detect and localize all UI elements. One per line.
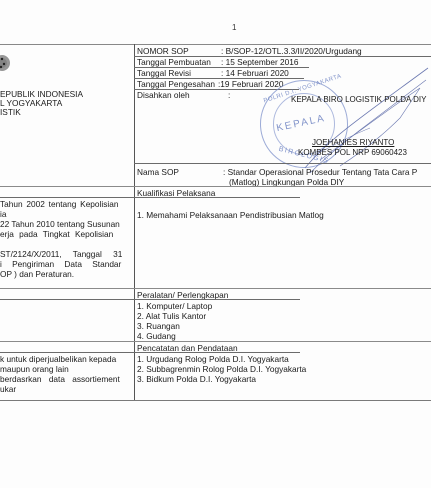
- approval-date-label: Tanggal Pengesahan: [137, 79, 215, 89]
- signer-name: JOEHANIES RIYANTO: [312, 138, 394, 148]
- approved-by-label: Disahkan oleh: [137, 90, 190, 100]
- page-number: 1: [232, 23, 236, 32]
- section-divider: [0, 186, 431, 187]
- legal-basis-line: ia: [0, 209, 6, 219]
- legal-basis-line: Tahun 2002 tentang Kepolisian: [0, 199, 132, 209]
- peralatan-item: 1. Komputer/ Laptop: [137, 301, 212, 311]
- peralatan-item: 2. Alat Tulis Kantor: [137, 311, 206, 321]
- peralatan-item: 3. Ruangan: [137, 321, 180, 331]
- legal-basis-line: i Pengiriman Data Standar: [0, 259, 121, 269]
- row-divider: [134, 163, 431, 164]
- approval-date-value: :19 Februari 2020: [218, 79, 284, 89]
- pencatatan-item: 3. Bidkum Polda D.I. Yogyakarta: [137, 374, 256, 384]
- legal-basis-line: erja pada Tingkat Kepolisian: [0, 229, 113, 239]
- legal-basis-line: ST/2124/X/2011, Tanggal 31: [0, 249, 122, 259]
- org-line-3: ISTIK: [0, 107, 21, 117]
- pencatatan-item: 2. Subbagrenmin Rolog Polda D.I. Yogyaka…: [137, 364, 306, 374]
- section-divider: [0, 341, 431, 342]
- table-bottom-border: [0, 400, 431, 401]
- table-top-border: [0, 44, 431, 45]
- sop-number-label: NOMOR SOP: [137, 46, 189, 56]
- revision-date-value: : 14 Februari 2020: [221, 68, 289, 78]
- row-divider: [0, 352, 300, 353]
- warning-line: berdasrkan data assortiement: [0, 374, 120, 384]
- section-divider: [0, 288, 431, 289]
- sop-name-label: Nama SOP: [137, 167, 179, 177]
- sop-name-value-line1: : Standar Operasional Prosedur Tentang T…: [223, 167, 417, 177]
- column-divider: [134, 44, 135, 400]
- revision-date-label: Tanggal Revisi: [137, 68, 191, 78]
- legal-basis-line: OP ) dan Peraturan.: [0, 269, 74, 279]
- created-date-label: Tanggal Pembuatan: [137, 57, 211, 67]
- warning-line: maupun orang lain: [0, 364, 69, 374]
- emblem-logo-icon: [0, 52, 12, 74]
- peralatan-item: 4. Gudang: [137, 331, 176, 341]
- signer-title: KEPALA BIRO LOGISTIK POLDA DIY: [291, 95, 426, 105]
- warning-line: ukar: [0, 384, 16, 394]
- pencatatan-item: 1. Urgudang Rolog Polda D.I. Yogyakarta: [137, 354, 289, 364]
- created-date-value: : 15 September 2016: [221, 57, 299, 67]
- legal-basis-line: 22 Tahun 2010 tentang Susunan: [0, 219, 120, 229]
- row-divider: [0, 197, 300, 198]
- warning-line: k untuk diperjualbelikan kepada: [0, 354, 116, 364]
- signer-rank: KOMBES POL NRP 69060423: [298, 148, 407, 158]
- approved-by-value: :: [228, 90, 230, 100]
- kualifikasi-item: 1. Memahami Pelaksanaan Pendistribusian …: [137, 210, 324, 220]
- row-divider: [0, 299, 300, 300]
